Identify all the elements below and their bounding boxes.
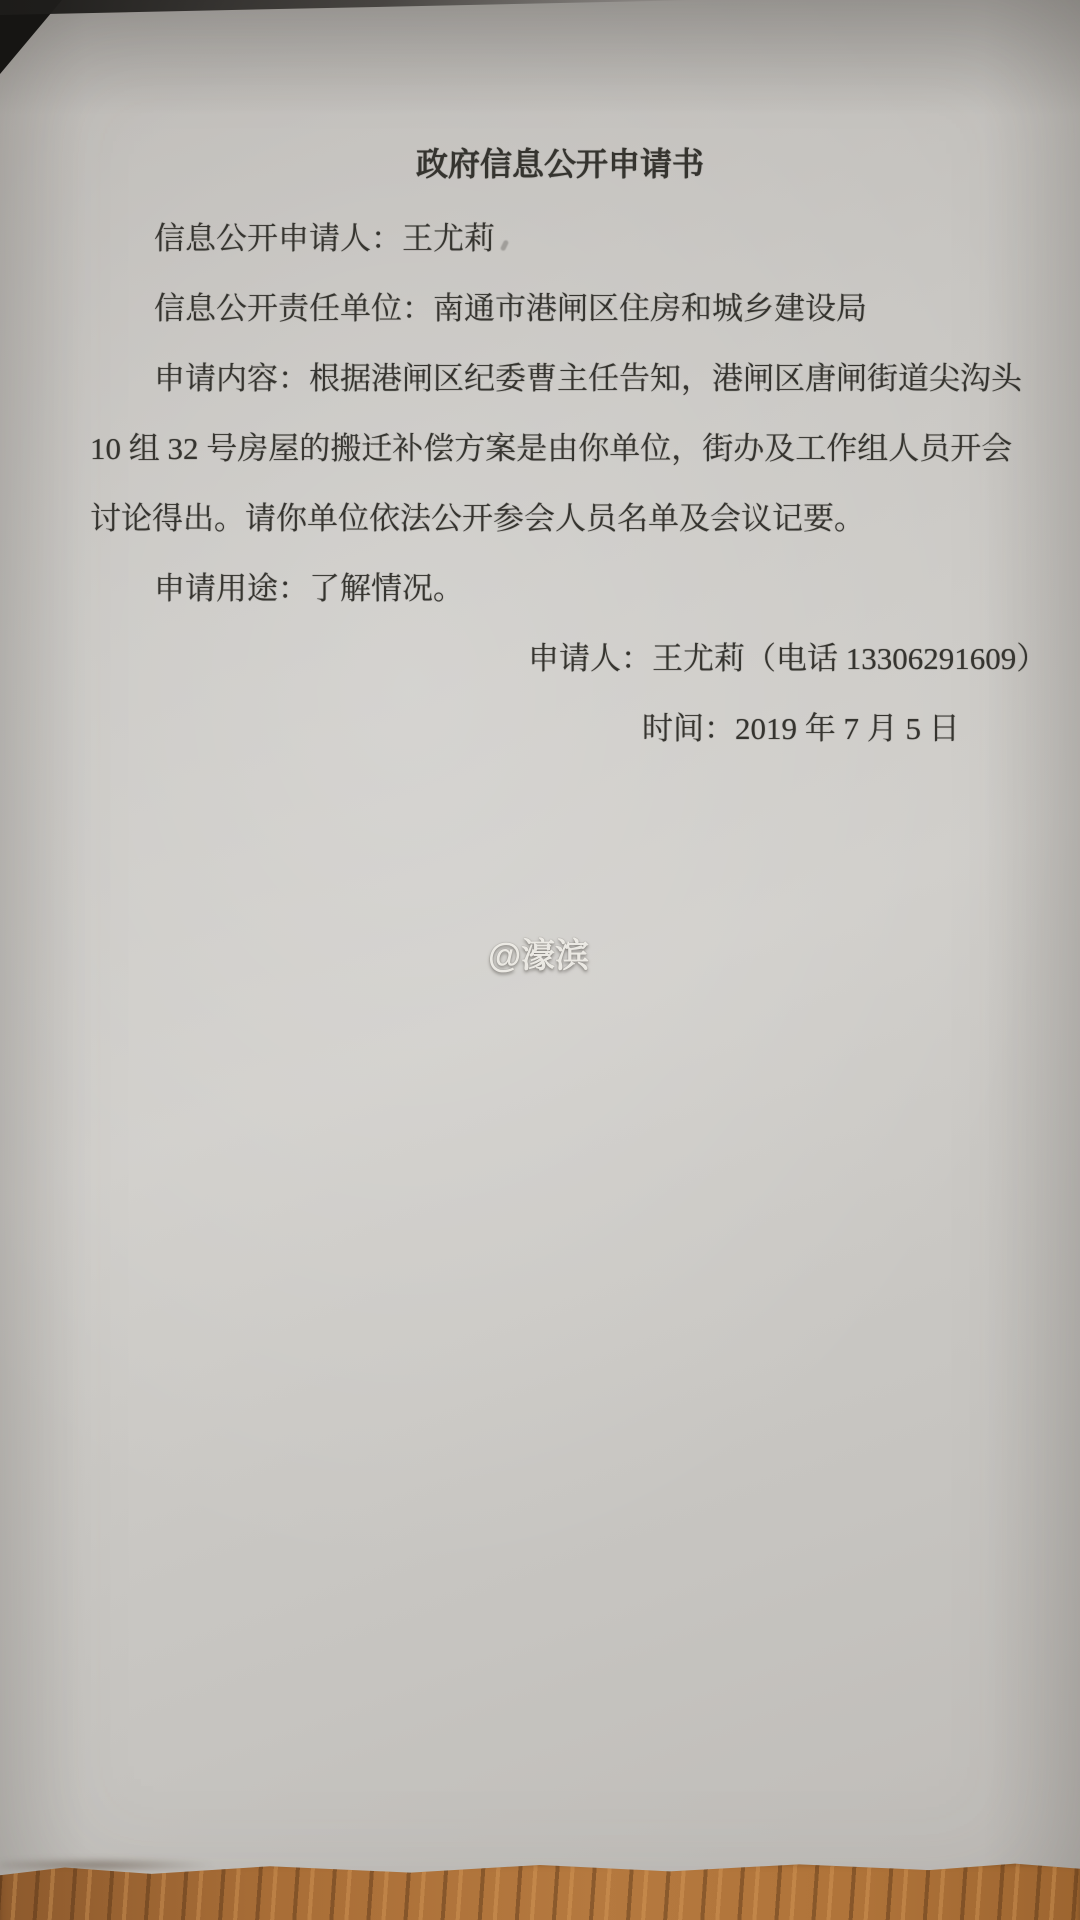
document-title: 政府信息公开申请书 [416,146,704,183]
watermark: @濠滨 [488,928,589,977]
date-line: 时间：2019 年 7 月 5 日 [642,711,960,747]
applicant-line: 信息公开申请人：王尤莉 [154,221,495,257]
signature-line: 申请人：王尤莉（电话 13306291609） [528,641,1047,677]
document-photo: 政府信息公开申请书 信息公开申请人：王尤莉 信息公开责任单位：南通市港闸区住房和… [0,0,1080,1920]
purpose-line: 申请用途：了解情况。 [154,571,464,607]
request-content-line-3: 讨论得出。请你单位依法公开参会人员名单及会议记要。 [90,501,865,537]
responsible-agency-line: 信息公开责任单位：南通市港闸区住房和城乡建设局 [154,291,867,327]
request-content-line-1: 申请内容：根据港闸区纪委曹主任告知，港闸区唐闸街道尖沟头 [154,361,1022,397]
request-content-line-2: 10 组 32 号房屋的搬迁补偿方案是由你单位，街办及工作组人员开会 [90,431,1012,467]
